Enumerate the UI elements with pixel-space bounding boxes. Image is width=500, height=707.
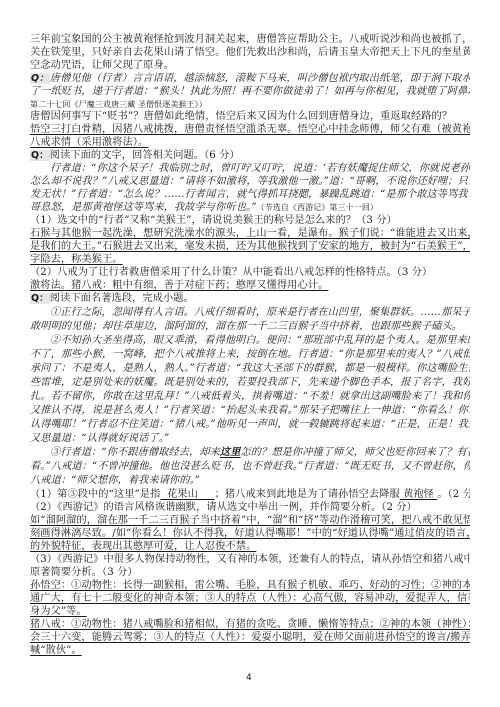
q3-sub3-answer-bajie: 猪八戒：①动物性：猪八戒嘴脸和猪相似，有猪的贪吃、贪睡、懒惰等特点；②神的本领（… (30, 618, 470, 631)
q3-para2-line: 些雷堆，定是别处来的妖魔。既是别处来的，若要投我部下，先来递个脚色手本，报了名字… (30, 376, 470, 389)
q3-sub2-answer: 的外貌特征，表现出其憨厚可爱，让人忍俊不禁。 (30, 540, 470, 553)
q1-passage-line: Q：唐僧见他（行者）言言语语，越添恼怒，滚鞍下马来，叫沙僧包袱内取出纸笔，即于涧… (30, 72, 470, 85)
q3-sub2-answer: 刻画得淋漓尽致。/如“你看么！你认不得我，好道认得嘴耶！”中的“好道认得嘴”通过… (30, 527, 470, 540)
intro-line: 空念动咒语，让师父现了原身。 (30, 59, 470, 72)
q2-passage-line: 哥息怒，是那黄袍怪这等骂来，我故学与你听也。”（节选自《西游记》第三十一回） (30, 201, 470, 214)
question-marker: Q： (30, 150, 50, 161)
q3-para2-line: 又推认不得，说是甚么夷人！”行者笑道：“抬起头来我看。”那呆子把嘴往上一伸道：“… (30, 404, 470, 417)
answer-blank: 花果山 (160, 488, 214, 501)
q2-passage-line: 发无状！”行者道：“怎么说？……行者闻言，就气得抓耳挠腮，暴躁乱跳道：“是那个敢… (30, 188, 470, 201)
q3-para2-line: 认得嘴耶！”行者忍不住笑道：“猪八戒。”他听见一声叫，就一毂辘跳将起来道：“正是… (30, 418, 470, 431)
q3-sub3-answer-wukong: 孙悟空：①动物性：长得一副猴相，雷公嘴、毛脸，具有猴子机敏、乖巧、好动的习性；②… (30, 579, 470, 592)
q3-sub3-answer-wukong: 身为父”等。 (30, 605, 470, 618)
q3-para1-line: 敢明明的见他；却往草崖边，溜阿溜的，溜在那一千二三百猴子当中挤着，也跟那些猴子磕… (30, 320, 470, 333)
q1-answer: 八戒求情（采用激将法）。 (30, 136, 470, 149)
q2-title: Q：阅读下面的文字，回答相关问题。（6 分） (30, 149, 470, 162)
q2-sub1-answer: 是我们的大王。”石猴进去又出来，毫发未损，还为其他猴找到了安家的地方，被封为“石… (30, 240, 470, 253)
q3-para3-line: 看。”八戒道：“不曾冲撞他。他也没甚么贬书，也不曾赶我。”行者道：“既无贬书，又… (30, 460, 470, 473)
page-number: 4 (246, 673, 252, 683)
q1-question: 唐僧因何事写下“贬书”？唐僧如此绝情，悟空后来又因为什么回到唐僧身边，重返取经路… (30, 110, 470, 123)
q3-para2-line: ②不知孙大圣坐得高，眼又乖滑，看得他明白。便问：“那班部中乱拜的是个夷人。是那里… (30, 334, 470, 347)
q3-sub3-question: （3）《西游记》中很多人物保持动物性，又有神的本领，还兼有人的特点，请从孙悟空和… (30, 553, 470, 566)
intro-line: 三年前宝象国的公主被黄袍怪抢到波月洞关起来，唐僧答应帮助公主。八戒听说沙和尚也被… (30, 33, 470, 46)
q2-sub1-answer: 字隐去，称美猴王。 (30, 253, 470, 266)
q3-para2-line: 又思量道：“认得就好说话了。” (30, 432, 470, 445)
q3-para3-line: ③行者道：“你不跟唐僧取经去，却来这里怎的？想是你冲撞了师父，师父也贬你回来了？… (30, 446, 470, 459)
q3-sub3-answer-wukong: 通广大，有七十二般变化的神奇本领；③人的特点（人性）：心高气傲，容易冲动，爱捉弄… (30, 592, 470, 605)
q3-para1-line: ①正行之际，忽闻得有人言语。八戒仔细看时，原来是行者在山凹里，聚集群妖。……那呆… (30, 306, 470, 319)
q2-sub1-question: （1）选文中的“行者”又称“美猴王”，请说说美猴王的称号是怎么来的？（3 分） (30, 214, 470, 227)
highlighted-term: 这里 (220, 446, 241, 458)
q2-passage-line: 怎么却不说我？”八戒又思量道：“请将不如激将，等我激他一激。”道：“哥啊，不说你… (30, 175, 470, 188)
q3-sub3-answer-bajie: 会三十六变，能腾云驾雾；③人的特点（人性）：爱耍小聪明，爱在师父面前进孙悟空的谗… (30, 631, 470, 644)
q2-passage-line: 行者道：“你这个呆子！我临别之时，曾叮咛又叮咛，说道：‘若有妖魔捉住师父，你就说… (30, 162, 470, 175)
q3-para3-line: 八戒道：“师父想你，着我来请你的。” (30, 474, 470, 487)
q3-para2-line: 扎。若不留你，你敢在这里乱拜！”八戒低着头，拱着嘴道：“不羞！就拿出这副嘴脸来了… (30, 390, 470, 403)
q3-sub1: （1）第③段中的“这里”是指 花果山 ；猪八戒来到此地是为了请孙悟空去降服 黄袍… (30, 488, 470, 501)
intro-line: 关在铁笼里，只好亲自去花果山请了悟空。他们先救出沙和尚，后请玉皇大帝把天上下凡的… (30, 46, 470, 59)
q2-sub1-answer: 石猴与其他猴一起洗澡，想研究洗澡水的源头，上山一看，是瀑布。猴子们说：“谁能进去… (30, 227, 470, 240)
q2-sub2-question: （2）八戒为了让行者救唐僧采用了什么计策？从中能看出八戒怎样的性格特点。（3 分… (30, 266, 470, 279)
q3-sub3-answer-bajie: 喊“散伙”。 (30, 644, 470, 657)
question-marker: Q： (30, 73, 50, 84)
question-marker: Q： (30, 293, 50, 304)
q2-sub2-answer: 激将法。猪八戒：粗中有细，善于对症下药；憨厚又懂得用心计。 (30, 279, 470, 292)
q3-sub2-question: （2）《西游记》的语言风格诙谐幽默，请从选文中举出一例，并作简要分析。（2 分） (30, 501, 470, 514)
q3-title: Q：阅读下面名著选段，完成小题。 (30, 292, 470, 305)
q3-sub2-answer: 如“溜阿溜的，溜在那一千二三百猴子当中挤着”中，“溜”和“挤”等动作滑稽可笑，把… (30, 514, 470, 527)
q1-answer: 悟空三打白骨精，因猪八戒挑拨，唐僧责怪悟空滥杀无辜。悟空心中挂念师傅，师父有难（… (30, 123, 470, 136)
answer-blank: 黄袍怪 (400, 488, 438, 501)
q3-para2-line: 不了，那些小猴，一窝峰，把个八戒推将上来，按倒在地。行者道：“你是那里来的夷人？… (30, 348, 470, 361)
q1-passage-line: 了一纸贬书，递于行者道：“猴头！执此为照！再不要你做徒弟了！如再与你相见，我就堕… (30, 85, 470, 98)
q3-sub3-question: 原著简要分析。（3 分） (30, 566, 470, 579)
q3-para2-line: 承问了：不是夷人，是熟人，熟人。”行者道：“我这大圣部下的群猴，都是一般模样。你… (30, 362, 470, 375)
